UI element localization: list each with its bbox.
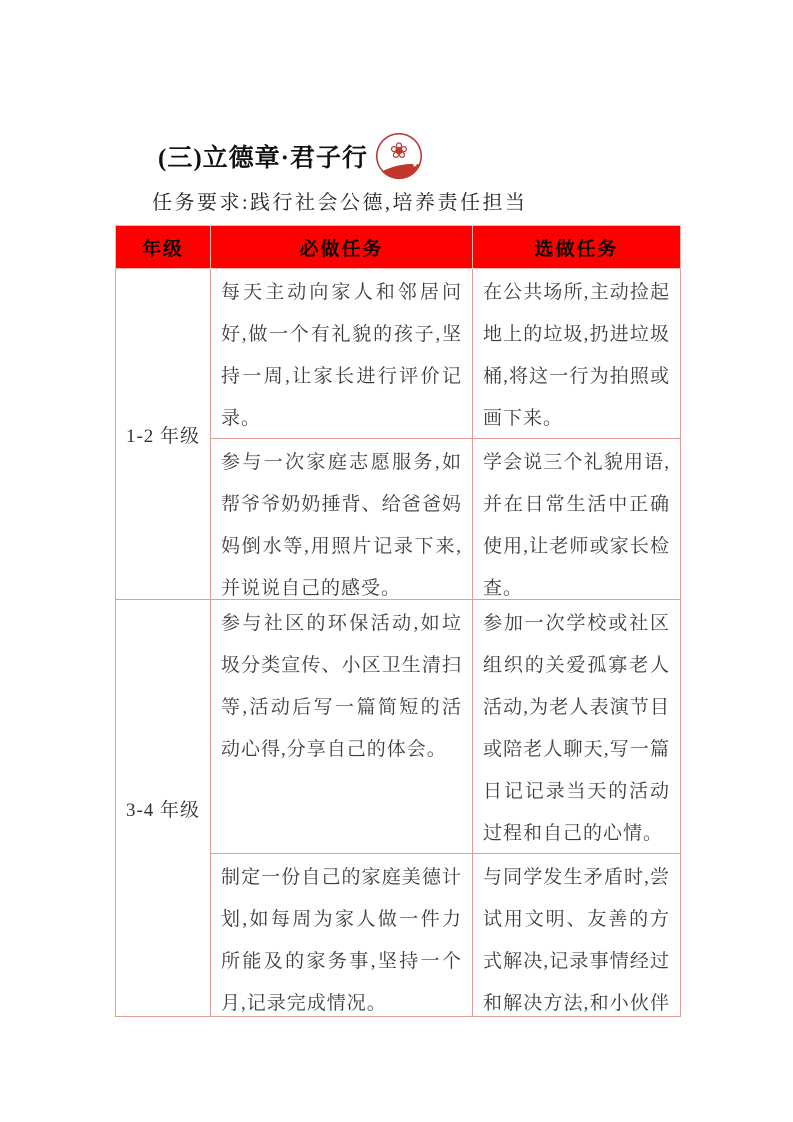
optional-task-cell: 在公共场所,主动捡起地上的垃圾,扔进垃圾桶,将这一行为拍照或画下来。 xyxy=(473,269,681,439)
table-row: 3-4 年级 参与社区的环保活动,如垃圾分类宣传、小区卫生清扫等,活动后写一篇简… xyxy=(116,600,681,854)
optional-task-cell: 学会说三个礼貌用语,并在日常生活中正确使用,让老师或家长检查。 xyxy=(473,439,681,600)
header-grade: 年级 xyxy=(116,226,211,269)
section-title: (三)立德章·君子行 xyxy=(158,138,368,174)
optional-task-cell: 与同学发生矛盾时,尝试用文明、友善的方式解决,记录事情经过和解决方法,和小伙伴分 xyxy=(473,854,681,1017)
optional-task-text: 学会说三个礼貌用语,并在日常生活中正确使用,让老师或家长检查。 xyxy=(483,439,670,596)
task-requirement-line: 任务要求:践行社会公德,培养责任担当 xyxy=(152,186,528,215)
table-row: 1-2 年级 每天主动向家人和邻居问好,做一个有礼貌的孩子,坚持一周,让家长进行… xyxy=(116,269,681,439)
must-task-text: 参与一次家庭志愿服务,如帮爷爷奶奶捶背、给爸爸妈妈倒水等,用照片记录下来,并说说… xyxy=(221,439,462,596)
must-task-cell: 参与社区的环保活动,如垃圾分类宣传、小区卫生清扫等,活动后写一篇简短的活动心得,… xyxy=(211,600,473,854)
seal-text-mark xyxy=(390,168,408,170)
must-task-text: 参与社区的环保活动,如垃圾分类宣传、小区卫生清扫等,活动后写一篇简短的活动心得,… xyxy=(221,600,462,771)
document-page: (三)立德章·君子行 ❀ ★ 任务要求:践行社会公德,培养责任担当 年级 必做任… xyxy=(0,0,793,1122)
optional-task-text: 与同学发生矛盾时,尝试用文明、友善的方式解决,记录事情经过和解决方法,和小伙伴分 xyxy=(483,854,670,1013)
task-table: 年级 必做任务 选做任务 1-2 年级 每天主动向家人和邻居问好,做一个有礼貌的… xyxy=(115,225,681,1017)
grade-cell-1-2: 1-2 年级 xyxy=(116,269,211,600)
seal-logo-icon: ❀ ★ xyxy=(376,133,422,179)
optional-task-cell: 参加一次学校或社区组织的关爱孤寡老人活动,为老人表演节目或陪老人聊天,写一篇日记… xyxy=(473,600,681,854)
must-task-text: 每天主动向家人和邻居问好,做一个有礼貌的孩子,坚持一周,让家长进行评价记录。 xyxy=(221,269,462,435)
seal-flower-icon: ❀ xyxy=(390,141,408,163)
must-task-cell: 参与一次家庭志愿服务,如帮爷爷奶奶捶背、给爸爸妈妈倒水等,用照片记录下来,并说说… xyxy=(211,439,473,600)
header-optional-tasks: 选做任务 xyxy=(473,226,681,269)
header-must-tasks: 必做任务 xyxy=(211,226,473,269)
table-header-row: 年级 必做任务 选做任务 xyxy=(116,226,681,269)
seal-star-icon: ★ xyxy=(412,162,418,169)
optional-task-text: 在公共场所,主动捡起地上的垃圾,扔进垃圾桶,将这一行为拍照或画下来。 xyxy=(483,269,670,435)
must-task-cell: 每天主动向家人和邻居问好,做一个有礼貌的孩子,坚持一周,让家长进行评价记录。 xyxy=(211,269,473,439)
section-heading: (三)立德章·君子行 ❀ ★ xyxy=(158,133,422,179)
optional-task-text: 参加一次学校或社区组织的关爱孤寡老人活动,为老人表演节目或陪老人聊天,写一篇日记… xyxy=(483,600,670,850)
task-table-container: 年级 必做任务 选做任务 1-2 年级 每天主动向家人和邻居问好,做一个有礼貌的… xyxy=(115,225,681,1017)
must-task-cell: 制定一份自己的家庭美德计划,如每周为家人做一件力所能及的家务事,坚持一个月,记录… xyxy=(211,854,473,1017)
must-task-text: 制定一份自己的家庭美德计划,如每周为家人做一件力所能及的家务事,坚持一个月,记录… xyxy=(221,854,462,1013)
grade-cell-3-4: 3-4 年级 xyxy=(116,600,211,1017)
